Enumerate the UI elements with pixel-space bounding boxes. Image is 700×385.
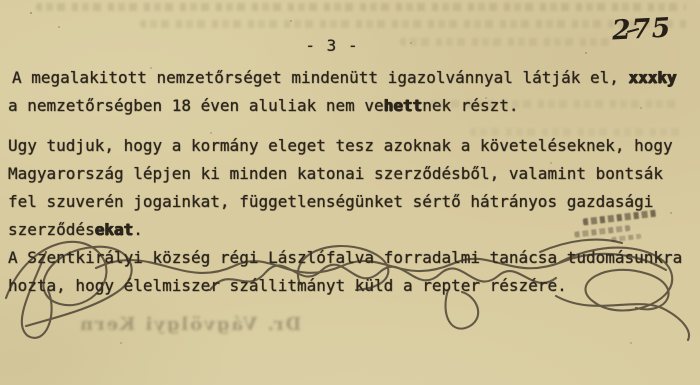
- bleedthrough-row: [140, 20, 688, 28]
- handwritten-archive-number: 275: [611, 12, 672, 46]
- text-line: a nemzetőrségben 18 éven aluliak nem veh…: [8, 92, 696, 120]
- paper-specks: [30, 12, 32, 14]
- page-number: - 3 -: [0, 36, 682, 55]
- text-line: fel szuverén jogainkat, függetlenségünke…: [8, 188, 696, 216]
- bleedthrough-signature-text: Dr. Vágvölgyi Kern: [78, 314, 301, 335]
- paragraph-szentkiralyi-crossed-out: A Szentkirályi község régi Lászlófalva f…: [8, 244, 696, 300]
- archive-number-text: 275: [611, 12, 672, 46]
- paragraph-national-guard: A megalakitott nemzetőrséget mindenütt i…: [8, 64, 696, 120]
- bleedthrough-row: [36, 3, 686, 11]
- text-line: A Szentkirályi község régi Lászlófalva f…: [8, 244, 696, 272]
- text-line: hozta, hogy élelmiszer szállitmányt küld…: [8, 272, 696, 300]
- text-line: A megalakitott nemzetőrséget mindenütt i…: [8, 64, 696, 92]
- text-line: Magyarország lépjen ki minden katonai sz…: [8, 160, 696, 188]
- text-line: Ugy tudjuk, hogy a kormány eleget tesz a…: [8, 132, 696, 160]
- scanned-document-page: - 3 - 275 A megalakitott nemzetőrséget m…: [0, 0, 700, 385]
